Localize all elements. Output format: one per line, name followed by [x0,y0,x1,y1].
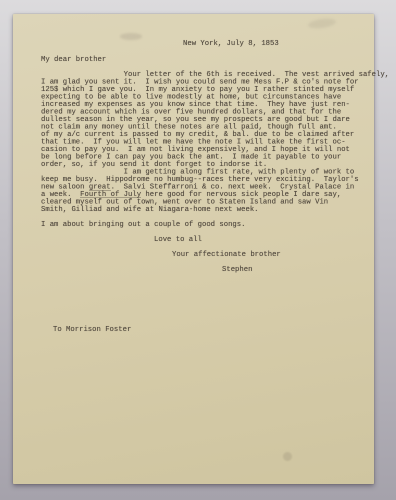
letter-body: Your letter of the 6th is received. The … [41,71,389,229]
closing-love-to-all: Love to all [154,236,202,244]
closing-affectionate-brother: Your affectionate brother [172,251,281,259]
letter-salutation: My dear brother [41,56,106,64]
photo-stage: New York, July 8, 1853 My dear brother Y… [0,0,396,500]
addressee-line: To Morrison Foster [53,326,131,334]
underline-mark-great [89,190,111,191]
letter-paper: New York, July 8, 1853 My dear brother Y… [13,14,374,484]
underline-mark-fourth-of-july [80,198,141,199]
letter-dateline: New York, July 8, 1853 [183,40,279,48]
signature-stephen: Stephen [222,266,252,274]
typed-text-layer: New York, July 8, 1853 My dear brother Y… [13,14,374,484]
